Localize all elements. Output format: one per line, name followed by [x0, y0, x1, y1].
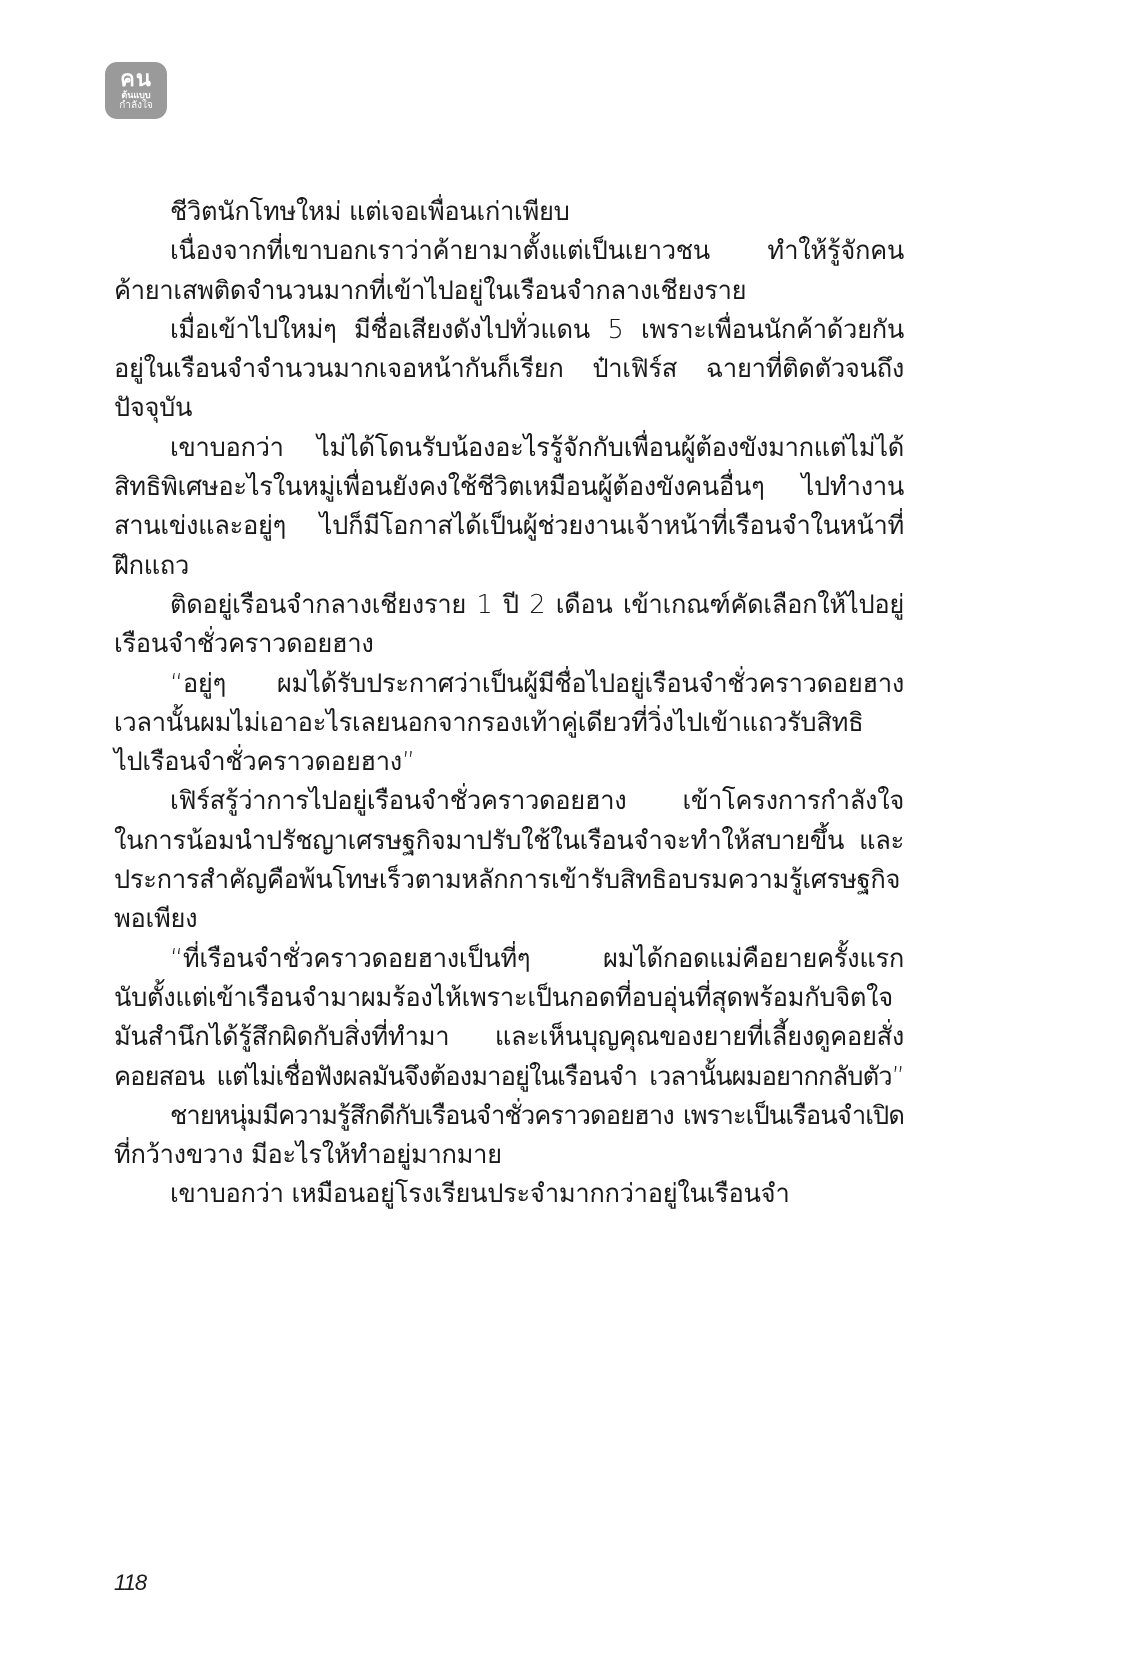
book-series-logo: คน ต้นแบบ กำลังใจ: [105, 62, 167, 119]
text-line: เรือนจำชั่วคราวดอยฮาง: [114, 625, 904, 664]
text-line: สิทธิพิเศษอะไรในหมู่เพื่อนยังคงใช้ชีวิตเ…: [114, 468, 904, 507]
text-line: ไปเรือนจำชั่วคราวดอยฮาง”: [114, 743, 904, 782]
text-line: เขาบอกว่า ไม่ได้โดนรับน้องอะไรรู้จักกับเ…: [114, 429, 904, 468]
text-line: ค้ายาเสพติดจำนวนมากที่เข้าไปอยู่ในเรือนจ…: [114, 272, 904, 311]
text-line: มันสำนึกได้รู้สึกผิดกับสิ่งที่ทำมา และเห…: [114, 1018, 904, 1057]
text-line: ในการน้อมนำปรัชญาเศรษฐกิจมาปรับใช้ในเรือ…: [114, 822, 904, 861]
text-line: เนื่องจากที่เขาบอกเราว่าค้ายามาตั้งแต่เป…: [114, 232, 904, 271]
page-number: 118: [114, 1570, 146, 1596]
text-line: เมื่อเข้าไปใหม่ๆ มีชื่อเสียงดังไปทั่วแดน…: [114, 311, 904, 350]
text-line: ชีวิตนักโทษใหม่ แต่เจอเพื่อนเก่าเพียบ: [114, 193, 904, 232]
text-line: ติดอยู่เรือนจำกลางเชียงราย 1 ปี 2 เดือน …: [114, 586, 904, 625]
text-line: ฝึกแถว: [114, 547, 904, 586]
text-line: ชายหนุ่มมีความรู้สึกดีกับเรือนจำชั่วคราว…: [114, 1097, 904, 1136]
page-body-text: ชีวิตนักโทษใหม่ แต่เจอเพื่อนเก่าเพียบเนื…: [114, 193, 904, 1215]
text-line: ปัจจุบัน: [114, 389, 904, 428]
text-line: พอเพียง: [114, 900, 904, 939]
logo-line-1: คน: [120, 69, 152, 91]
text-line: เฟิร์สรู้ว่าการไปอยู่เรือนจำชั่วคราวดอยฮ…: [114, 782, 904, 821]
text-line: ประการสำคัญคือพ้นโทษเร็วตามหลักการเข้ารั…: [114, 861, 904, 900]
text-line: เวลานั้นผมไม่เอาอะไรเลยนอกจากรองเท้าคู่เ…: [114, 704, 904, 743]
text-line: นับตั้งแต่เข้าเรือนจำมาผมร้องไห้เพราะเป็…: [114, 979, 904, 1018]
text-line: สานเข่งและอยู่ๆ ไปก็มีโอกาสได้เป็นผู้ช่ว…: [114, 507, 904, 546]
text-line: อยู่ในเรือนจำจำนวนมากเจอหน้ากันก็เรียก ป…: [114, 350, 904, 389]
text-line: ที่กว้างขวาง มีอะไรให้ทำอยู่มากมาย: [114, 1136, 904, 1175]
text-line: “อยู่ๆ ผมได้รับประกาศว่าเป็นผู้มีชื่อไปอ…: [114, 665, 904, 704]
logo-line-3: กำลังใจ: [119, 101, 152, 111]
text-line: คอยสอน แต่ไม่เชื่อฟังผลมันจึงต้องมาอยู่ใ…: [114, 1058, 904, 1097]
text-line: เขาบอกว่า เหมือนอยู่โรงเรียนประจำมากกว่า…: [114, 1175, 904, 1214]
text-line: “ที่เรือนจำชั่วคราวดอยฮางเป็นที่ๆ ผมได้ก…: [114, 940, 904, 979]
